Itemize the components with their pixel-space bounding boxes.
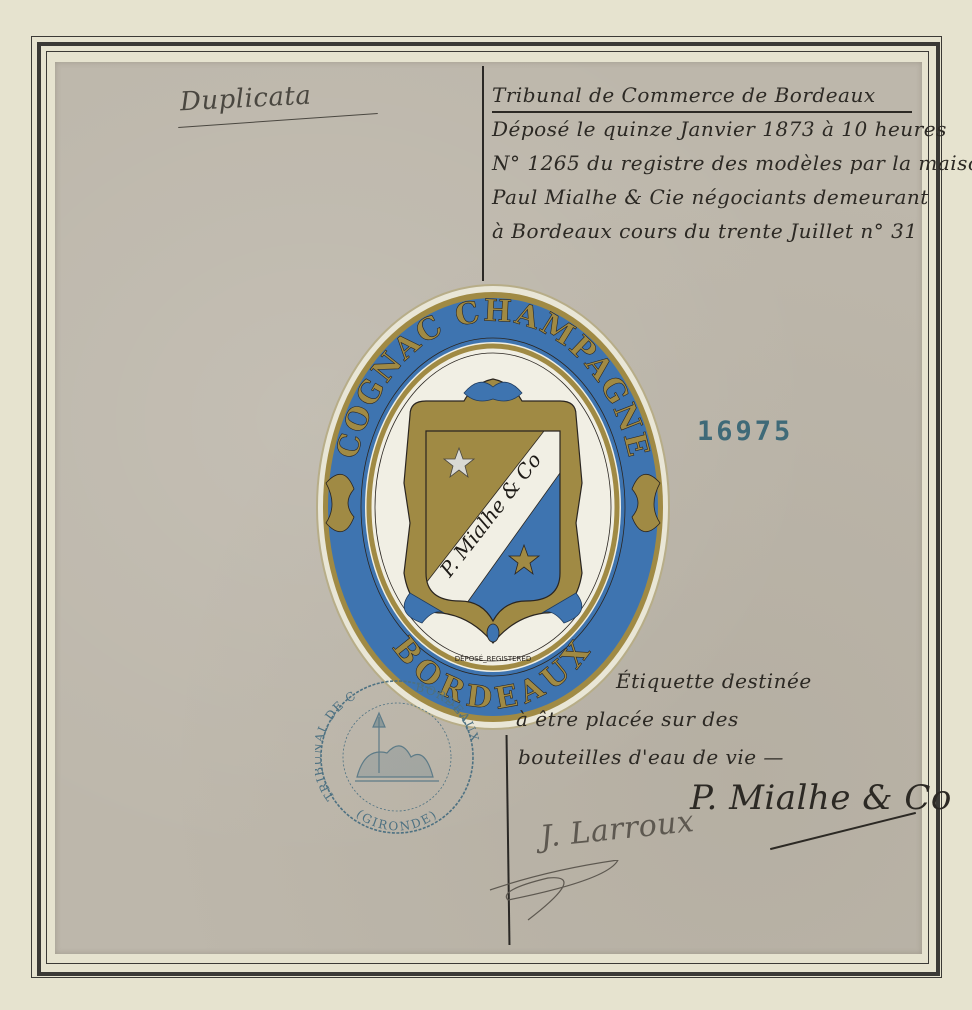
registration-line: Déposé le quinze Janvier 1873 à 10 heure… [492, 112, 972, 146]
label-small-print: DÉPOSÉ_REGISTERED [455, 654, 532, 663]
stamp-number: 16975 [697, 416, 793, 447]
seal-text-right: BORDEAUX [414, 680, 479, 744]
vertical-divider-top [482, 66, 484, 281]
note-line: Étiquette destinée [616, 662, 812, 700]
seal-figure-icon [355, 713, 439, 781]
signature-flourish-icon [488, 860, 708, 930]
svg-text:TRIBUNAL DE C: TRIBUNAL DE C [315, 688, 359, 803]
seal-text-left: TRIBUNAL DE C [315, 688, 359, 803]
registration-line: Paul Mialhe & Cie négociants demeurant [492, 180, 972, 214]
note-line: à être placée sur des [516, 700, 812, 738]
tribunal-seal: TRIBUNAL DE C BORDEAUX (GIRONDE) [315, 677, 479, 837]
registration-text: Tribunal de Commerce de Bordeaux Déposé … [492, 78, 972, 248]
registration-line: N° 1265 du registre des modèles par la m… [492, 146, 972, 180]
note-line: bouteilles d'eau de vie — [518, 738, 812, 776]
registration-line: à Bordeaux cours du trente Juillet n° 31 [492, 214, 972, 248]
registration-underline [492, 111, 912, 113]
label-note: Étiquette destinée à être placée sur des… [616, 662, 812, 776]
svg-text:BORDEAUX: BORDEAUX [414, 680, 479, 744]
registration-line: Tribunal de Commerce de Bordeaux [492, 78, 972, 112]
